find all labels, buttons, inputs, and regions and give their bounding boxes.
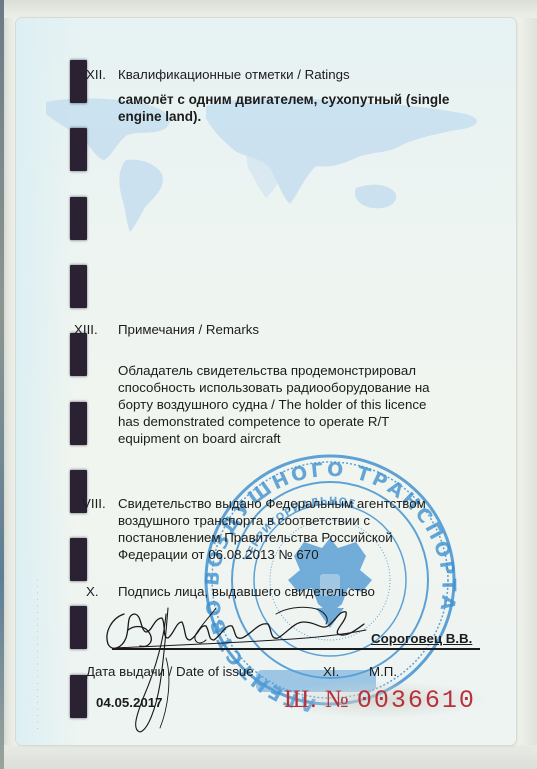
plastic-sleeve-edge [0,0,4,769]
serial-number: Ш. № 0036610 [284,686,476,715]
signature-line [112,648,480,650]
date-of-issue-value: 04.05.2017 [96,695,163,710]
date-of-issue-label: Дата выдачи / Date of issue [86,664,254,680]
plastic-sleeve-bottom [0,745,537,769]
seal-place-label: М.П. [369,664,397,680]
serial-number-value: 0036610 [357,686,476,715]
plastic-sleeve-top [0,0,537,18]
serial-series: Ш. [284,686,317,713]
licence-page: · · · · · · · · · · · · · · · · · · · · … [16,18,516,745]
signer-name: Сороговец В.В. [371,631,472,646]
section-number-seal: XI. [323,664,339,680]
serial-number-sign: № [325,686,350,713]
